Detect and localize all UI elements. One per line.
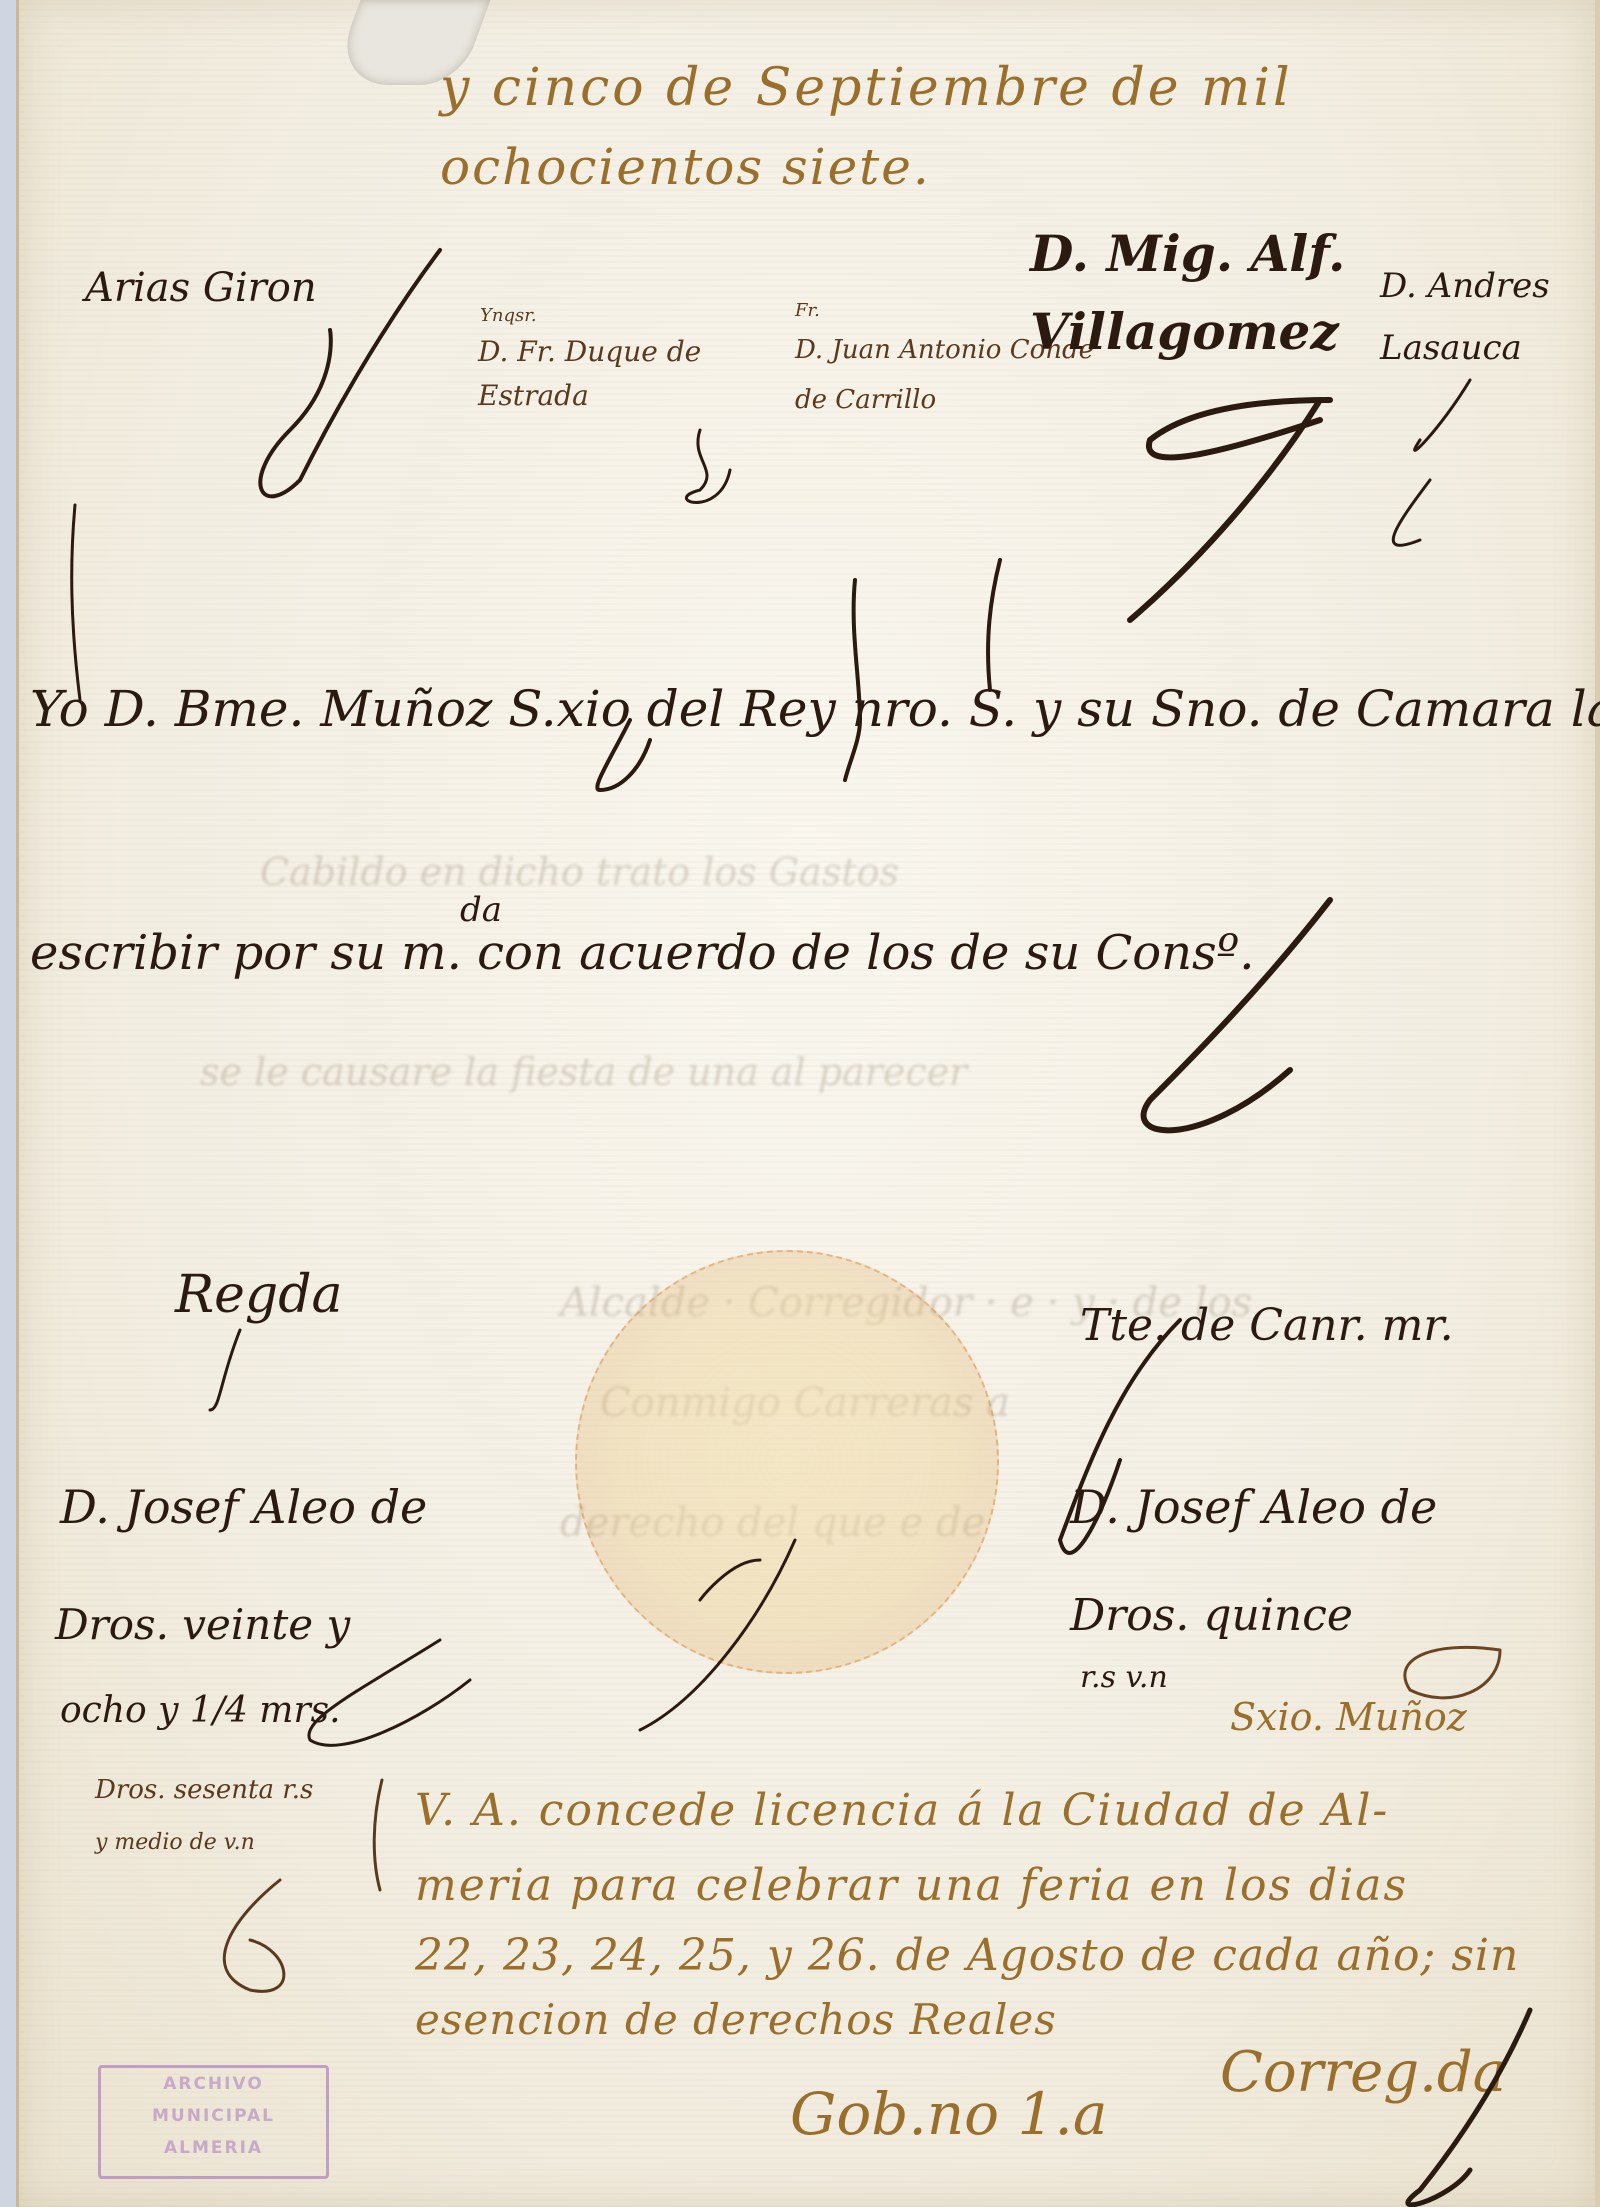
signature-rubrics: [0, 0, 1600, 2207]
